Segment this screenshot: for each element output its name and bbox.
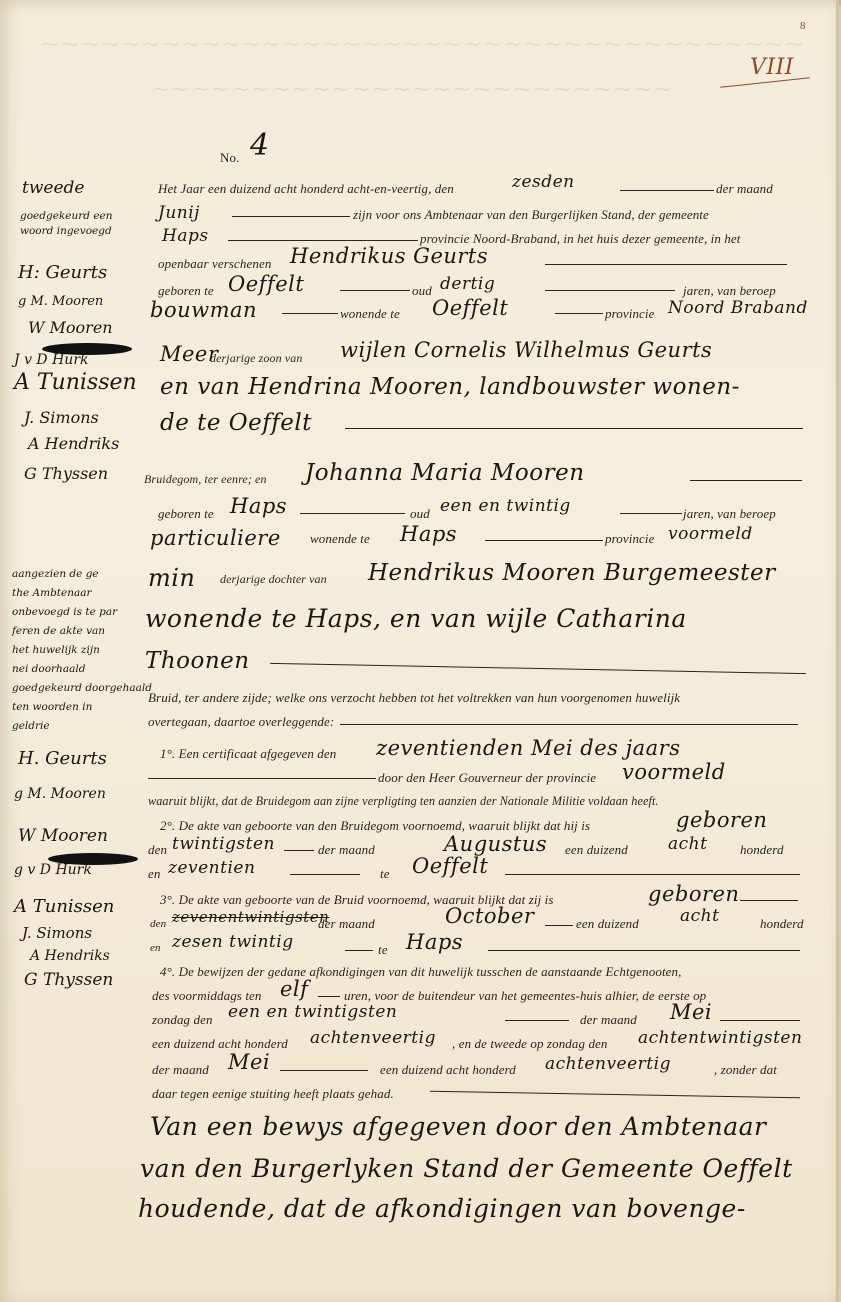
- handwritten-text: wonende te Haps, en van wijle Catharina: [145, 604, 687, 633]
- fill-line: [545, 290, 675, 291]
- handwritten-text: van den Burgerlyken Stand der Gemeente O…: [140, 1154, 793, 1183]
- print-text: geboren te: [158, 283, 214, 299]
- print-text: openbaar verschenen: [158, 256, 271, 272]
- handwritten-month: Mei: [670, 1000, 712, 1024]
- fill-line: [270, 663, 806, 674]
- print-text: provincie: [605, 306, 655, 322]
- fill-line: [318, 996, 340, 997]
- print-text: en: [148, 866, 160, 882]
- handwritten-number: acht: [680, 906, 719, 926]
- fill-line: [545, 264, 787, 265]
- handwritten-day: zevenentwintigsten: [172, 908, 329, 926]
- fill-line: [340, 290, 410, 291]
- margin-note: aangezien de ge: [12, 565, 99, 584]
- handwritten-hour: elf: [280, 977, 308, 1001]
- margin-note: feren de akte van: [12, 622, 105, 641]
- handwritten-day: achtentwintigsten: [638, 1028, 802, 1048]
- fill-line: [620, 513, 682, 514]
- print-text: Het Jaar een duizend acht honderd acht-e…: [158, 181, 454, 197]
- print-text: geboren te: [158, 506, 214, 522]
- handwritten-age: dertig: [440, 274, 495, 294]
- handwritten-father: Hendrikus Mooren Burgemeester: [368, 560, 776, 586]
- fill-line: [284, 850, 314, 851]
- print-text: der maand: [318, 842, 375, 858]
- signature: A Hendriks: [30, 948, 110, 964]
- handwritten-day: zesden: [512, 172, 575, 192]
- handwritten-place: Oeffelt: [432, 296, 508, 320]
- print-text: waaruit blijkt, dat de Bruidegom aan zij…: [148, 794, 659, 809]
- print-text: Bruidegom, ter eenre; en: [144, 472, 267, 487]
- handwritten-father: wijlen Cornelis Wilhelmus Geurts: [340, 338, 712, 362]
- handwritten-word: geboren: [648, 882, 739, 906]
- fill-line: [345, 950, 373, 951]
- handwritten-year: achtenveertig: [545, 1054, 671, 1074]
- bleed-through-text: ~~~~~~~~~~~~~~~~~~~~~~~~~~~~~~~~~~~~~~: [40, 30, 804, 58]
- signature: A Tunissen: [14, 896, 114, 917]
- folio-number: 8: [800, 20, 806, 32]
- margin-note: goedgekeurd doorgehaald: [12, 679, 152, 698]
- handwritten-month: October: [445, 904, 534, 928]
- print-text: 4°. De bewijzen der gedane afkondigingen…: [160, 964, 682, 980]
- handwritten-occupation: particuliere: [150, 526, 281, 550]
- signature: G Thyssen: [24, 464, 108, 483]
- handwritten-place: Haps: [230, 494, 287, 518]
- signature: J v D Hurk: [14, 352, 89, 368]
- print-text: te: [380, 866, 390, 882]
- print-text: te: [378, 942, 388, 958]
- record-no-label: No.: [220, 150, 239, 166]
- print-text: der maand: [716, 181, 773, 197]
- print-text: den: [150, 918, 166, 930]
- print-text: een duizend acht honderd: [380, 1062, 516, 1078]
- fill-line: [345, 428, 803, 429]
- handwritten-year: zesen twintig: [172, 932, 294, 952]
- handwritten-date: zeventienden Mei des jaars: [376, 736, 681, 760]
- handwritten-text: Thoonen: [145, 648, 250, 674]
- print-text: der maand: [318, 916, 375, 932]
- fill-line: [740, 900, 798, 901]
- fill-line: [282, 313, 338, 314]
- fill-line: [148, 778, 376, 779]
- handwritten-month: Mei: [228, 1050, 270, 1074]
- handwritten-occupation: bouwman: [150, 298, 257, 322]
- print-text: zondag den: [152, 1012, 213, 1028]
- folio-roman: VIII: [750, 55, 794, 80]
- handwritten-age: een en twintig: [440, 496, 571, 516]
- handwritten-day: twintigsten: [172, 834, 275, 854]
- handwritten-day: een en twintigsten: [228, 1002, 397, 1022]
- signature: H: Geurts: [18, 262, 107, 283]
- bleed-through-text: ~~~~~~~~~~~~~~~~~~~~~~~~~~: [150, 75, 673, 103]
- margin-note: nei doorhaald: [12, 660, 85, 679]
- print-text: , en de tweede op zondag den: [452, 1036, 608, 1052]
- print-text: oud: [410, 506, 430, 522]
- signature: G Thyssen: [24, 970, 113, 990]
- signature: g v D Hurk: [14, 862, 92, 878]
- signature: J. Simons: [24, 408, 99, 427]
- fill-line: [300, 513, 405, 514]
- print-text: der maand: [152, 1062, 209, 1078]
- print-text: en: [150, 942, 161, 954]
- print-text: 1°. Een certificaat afgegeven den: [160, 746, 336, 762]
- fill-line: [340, 724, 798, 725]
- print-text: wonende te: [310, 531, 370, 547]
- margin-note: woord ingevoegd: [20, 222, 112, 241]
- fill-line: [228, 240, 418, 241]
- fill-line: [545, 925, 573, 926]
- document-page: ~~~~~~~~~~~~~~~~~~~~~~~~~~~~~~~~~~~~~~ ~…: [0, 0, 839, 1302]
- handwritten-place: Oeffelt: [412, 854, 488, 878]
- print-text: honderd: [760, 916, 804, 932]
- fill-line: [280, 1070, 368, 1071]
- handwritten-province: Noord Braband: [668, 298, 808, 318]
- handwritten-text: en van Hendrina Mooren, landbouwster won…: [160, 374, 740, 400]
- fill-line: [430, 1091, 800, 1098]
- handwritten-word: geboren: [676, 808, 767, 832]
- handwritten-number: acht: [668, 834, 707, 854]
- fill-line: [555, 313, 603, 314]
- print-text: honderd: [740, 842, 784, 858]
- handwritten-place: Haps: [406, 930, 463, 954]
- print-text: een duizend: [565, 842, 628, 858]
- fill-line: [485, 540, 603, 541]
- fill-line: [690, 480, 802, 481]
- print-text: overtegaan, daartoe overleggende:: [148, 714, 334, 730]
- margin-note: tweede: [22, 178, 84, 198]
- print-text: Bruid, ter andere zijde; welke ons verzo…: [148, 690, 680, 706]
- record-no-value: 4: [250, 128, 270, 163]
- signature: J. Simons: [22, 924, 92, 942]
- handwritten-text: de te Oeffelt: [160, 410, 312, 436]
- handwritten-place: Haps: [162, 226, 209, 246]
- signature: A Tunissen: [14, 370, 137, 395]
- handwritten-province: voormeld: [668, 524, 753, 544]
- signature: W Mooren: [28, 318, 113, 337]
- print-text: oud: [412, 283, 432, 299]
- print-text: daar tegen eenige stuiting heeft plaats …: [152, 1086, 394, 1102]
- handwritten-place: Haps: [400, 522, 457, 546]
- print-text: derjarige zoon van: [210, 351, 302, 366]
- print-text: door den Heer Gouverneur der provincie: [378, 770, 596, 786]
- handwritten-place: Oeffelt: [228, 272, 304, 296]
- print-text: jaren, van beroep: [683, 506, 776, 522]
- handwritten-month: Augustus: [444, 832, 547, 856]
- signature: A Hendriks: [28, 434, 119, 453]
- fill-line: [232, 216, 350, 217]
- print-text: provincie: [605, 531, 655, 547]
- print-text: wonende te: [340, 306, 400, 322]
- handwritten-bride-name: Johanna Maria Mooren: [305, 460, 585, 486]
- margin-note: onbevoegd is te par: [12, 603, 117, 622]
- signature: H. Geurts: [18, 748, 107, 769]
- handwritten-year: zeventien: [168, 858, 255, 878]
- print-text: derjarige dochter van: [220, 572, 327, 587]
- handwritten-text: Van een bewys afgegeven door den Ambtena…: [150, 1112, 766, 1141]
- print-text: een duizend: [576, 916, 639, 932]
- signature: g M. Mooren: [18, 294, 103, 309]
- handwritten-year: achtenveertig: [310, 1028, 436, 1048]
- fill-line: [505, 874, 800, 875]
- handwritten-month: Junij: [158, 203, 200, 223]
- signature: g M. Mooren: [14, 786, 106, 802]
- margin-note: the Ambtenaar: [12, 584, 92, 603]
- fill-line: [505, 1020, 569, 1021]
- margin-note: geldrie: [12, 717, 50, 736]
- fill-line: [720, 1020, 800, 1021]
- fill-line: [290, 874, 360, 875]
- handwritten-prefix: min: [148, 564, 195, 592]
- signature: W Mooren: [18, 826, 108, 846]
- fill-line: [620, 190, 714, 191]
- print-text: zijn voor ons Ambtenaar van den Burgerli…: [353, 207, 709, 223]
- handwritten-province: voormeld: [622, 760, 726, 784]
- handwritten-groom-name: Hendrikus Geurts: [290, 244, 488, 268]
- fill-line: [488, 950, 800, 951]
- print-text: uren, voor de buitendeur van het gemeent…: [344, 988, 706, 1004]
- handwritten-text: houdende, dat de afkondigingen van boven…: [138, 1194, 746, 1223]
- print-text: der maand: [580, 1012, 637, 1028]
- print-text: jaren, van beroep: [683, 283, 776, 299]
- margin-note: het huwelijk zijn: [12, 641, 100, 660]
- margin-note: ten woorden in: [12, 698, 92, 717]
- print-text: , zonder dat: [714, 1062, 777, 1078]
- print-text: den: [148, 842, 167, 858]
